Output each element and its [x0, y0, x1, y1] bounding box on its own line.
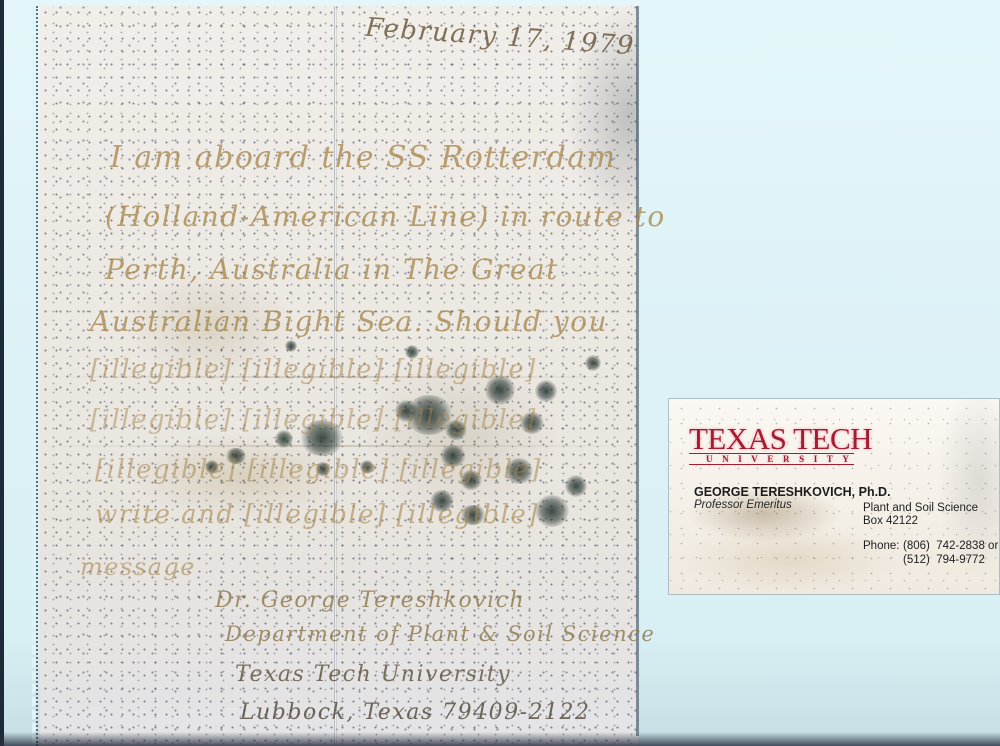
letter-line: message	[80, 553, 196, 581]
signature-name: Dr. George Tereshkovich	[215, 588, 525, 613]
card-department-block: Plant and Soil Science Box 42122	[863, 502, 978, 528]
letter-line: (Holland-American Line) in route to	[105, 200, 666, 233]
signature-university: Texas Tech University	[235, 662, 511, 687]
scanner-bottom-shadow	[0, 732, 1000, 746]
card-person-name: GEORGE TERESHKOVICH, Ph.D.	[694, 485, 891, 499]
letter-line: [illegible] [illegible] [illegible]	[90, 355, 537, 385]
logo-sub-text: UNIVERSITY	[689, 453, 854, 465]
letter-line: Perth, Australia in The Great	[105, 253, 559, 286]
phone-label: Phone:	[863, 539, 903, 553]
texas-tech-logo: TEXAS TECH UNIVERSITY	[689, 424, 859, 465]
phone-number: 794-9772	[936, 553, 985, 567]
signature-department: Department of Plant & Soil Science	[225, 622, 655, 646]
letter-line: [illegible] [illegible] [illegible]	[90, 405, 537, 435]
business-card: TEXAS TECH UNIVERSITY GEORGE TERESHKOVIC…	[669, 399, 999, 594]
scanner-edge	[0, 0, 4, 746]
phone-label-spacer	[863, 553, 903, 567]
card-box: Box 42122	[863, 515, 978, 528]
phone-area-code: (512)	[903, 553, 930, 567]
signature-address: Lubbock, Texas 79409-2122	[240, 700, 591, 725]
phone-row: Phone: (806) 742-2838 or	[863, 539, 998, 553]
letter-horizontal-crease	[40, 445, 638, 447]
phone-number: 742-2838 or	[936, 539, 998, 553]
letter-line: write and [illegible] [illegible]	[95, 500, 539, 530]
letter-line: Australian Bight Sea. Should you	[90, 305, 608, 338]
phone-area-code: (806)	[903, 539, 930, 553]
phone-row: (512) 794-9772	[863, 553, 998, 567]
card-phone-block: Phone: (806) 742-2838 or (512) 794-9772	[863, 539, 998, 567]
logo-main-text: TEXAS TECH	[689, 424, 859, 454]
card-person-title: Professor Emeritus	[694, 499, 792, 511]
letter-line: I am aboard the SS Rotterdam	[110, 140, 617, 175]
card-department: Plant and Soil Science	[863, 502, 978, 515]
letter-line: [illegible] [illegible] [illegible]	[95, 455, 542, 485]
